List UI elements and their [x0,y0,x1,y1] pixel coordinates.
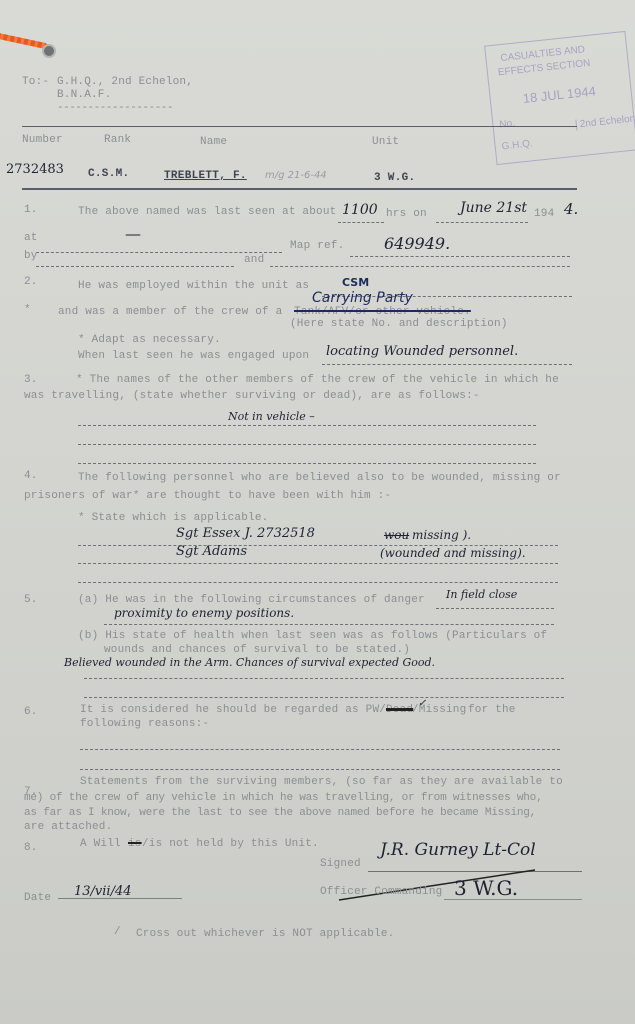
reasons-field-2[interactable] [80,769,560,770]
crew-hint: (Here state No. and description) [290,318,508,330]
will-not-held: /is not held by this Unit. [142,838,319,850]
employed-label: He was employed within the unit as [78,280,309,292]
recipient-rule: ------------------- [57,102,173,114]
section-3-line-1: * The names of the other members of the … [76,374,559,386]
health-label-2: wounds and chances of survival to be sta… [104,644,410,656]
footnote-mark: / [114,926,121,938]
danger-label: (a) He was in the following circumstance… [78,594,425,606]
recipient-line-1: G.H.Q., 2nd Echelon, [57,76,193,88]
engaged-label: When last seen he was engaged upon [78,350,309,362]
section-8-number: 8. [24,842,38,854]
and-label: and [244,254,264,266]
health-field-1[interactable] [84,678,564,679]
document-page: CASUALTIES AND EFFECTS SECTION 18 JUL 19… [0,0,635,1024]
section-5-number: 5. [24,594,38,606]
by-field-2[interactable] [270,266,570,267]
stamp-line: No. [499,118,516,131]
personnel-field-2[interactable] [78,563,558,564]
section-4-note: * State which is applicable. [78,512,268,524]
hrs-on-label: hrs on [386,208,427,220]
soldier-unit: 3 W.G. [374,172,415,184]
will-struck: is [128,838,142,850]
section-3-number: 3. [24,374,38,386]
health-field-2[interactable] [84,697,564,698]
year-prefix: 194 [534,208,554,220]
stamp-date: 18 JUL 1944 [522,83,596,106]
regarded-struck: Dead [386,704,413,716]
employed-value: CSM [342,276,369,289]
crew-member-field-2[interactable] [78,444,536,445]
section-2-number: 2. [24,276,38,288]
section-3-line-2: was travelling, (state whether surviving… [24,390,480,402]
time-underline [338,222,384,223]
header-rule-top [22,126,577,127]
engaged-field[interactable] [322,364,572,365]
to-label: To:- [22,76,49,88]
personnel-status-2: (wounded and missing). [380,546,526,560]
danger-field-1[interactable] [436,608,554,609]
personnel-status-1: missing ). [412,528,471,542]
date-value: 13/vii/44 [74,884,132,899]
date-underline [436,222,528,223]
oc-field[interactable] [444,899,582,900]
column-header-unit: Unit [372,136,399,148]
received-stamp: CASUALTIES AND EFFECTS SECTION 18 JUL 19… [484,31,635,165]
adapt-star: * [24,304,31,316]
map-ref-field[interactable] [350,256,570,257]
section-4-number: 4. [24,470,38,482]
column-header-name: Name [200,136,227,148]
oc-label: Officer Commanding [320,886,442,898]
soldier-name: TREBLETT, F. [164,170,247,182]
crew-member-field-3[interactable] [78,463,536,464]
soldier-number: 2732483 [6,162,64,177]
last-seen-time: 1100 [342,202,378,218]
health-value: Believed wounded in the Arm. Chances of … [64,656,435,669]
footnote: Cross out whichever is NOT applicable. [136,928,394,940]
column-header-rank: Rank [104,134,131,146]
year-digit: 4. [564,200,578,218]
statements-line-2: me) of the crew of any vehicle in which … [24,792,543,804]
signature: J.R. Gurney Lt-Col [380,840,536,860]
reasons-label: following reasons:- [80,718,209,730]
recipient-line-2: B.N.A.F. [57,89,111,101]
crew-struck-text: Tank/AFV/or other vehicle. [294,306,471,318]
at-value: — [125,224,141,243]
punch-hole-eyelet [42,44,56,58]
section-6-number: 6. [24,706,38,718]
health-label-1: (b) His state of health when last seen w… [78,630,547,642]
column-header-number: Number [22,134,63,146]
oc-unit-value: 3 W.G. [454,876,518,900]
date-label: Date [24,892,51,904]
map-ref-label: Map ref. [290,240,344,252]
regarded-for-the: for the [468,704,516,716]
personnel-name-1: Sgt Essex J. 2732518 [176,526,315,541]
danger-field-2[interactable] [104,624,554,625]
date-field[interactable] [58,898,182,899]
crew-label: and was a member of the crew of a [58,306,282,318]
adapt-note: * Adapt as necessary. [78,334,221,346]
crew-value: Carrying Party [312,290,413,306]
section-4-line-1: The following personnel who are believed… [78,472,561,484]
personnel-field-3[interactable] [78,582,558,583]
at-field[interactable] [36,252,282,253]
personnel-status-struck-1: wou [384,528,409,542]
crew-member-entry: Not in vehicle – [228,410,315,423]
at-label: at [24,232,38,244]
statements-line-3: as far as I know, were the last to see t… [24,807,536,819]
last-seen-label: The above named was last seen at about [78,206,336,218]
regarded-label: It is considered he should be regarded a… [80,704,386,716]
danger-value-1: In field close [446,588,517,601]
danger-value-2: proximity to enemy positions. [114,606,294,620]
header-rule-bottom [22,188,577,190]
soldier-rank: C.S.M. [88,168,129,180]
statements-line-1: Statements from the surviving members, (… [80,776,563,788]
statements-line-4: are attached. [24,821,112,833]
map-ref-value: 649949. [384,234,450,253]
engaged-value: locating Wounded personnel. [326,344,518,359]
pencil-note: m/g 21-6-44 [265,170,327,181]
by-label: by [24,250,38,262]
section-1-number: 1. [24,204,38,216]
tag-string [0,33,48,50]
section-4-line-2: prisoners of war* are thought to have be… [24,490,391,502]
stamp-line: 2nd Echelon [575,113,635,130]
check-mark: ✓ [418,698,426,709]
personnel-name-2: Sgt Adams [176,544,247,559]
will-label: A Will [80,838,121,850]
crew-member-field-1[interactable] [78,425,536,426]
by-field-1[interactable] [36,266,234,267]
stamp-line: G.H.Q. [501,138,533,152]
last-seen-date: June 21st [460,200,527,216]
reasons-field-1[interactable] [80,749,560,750]
